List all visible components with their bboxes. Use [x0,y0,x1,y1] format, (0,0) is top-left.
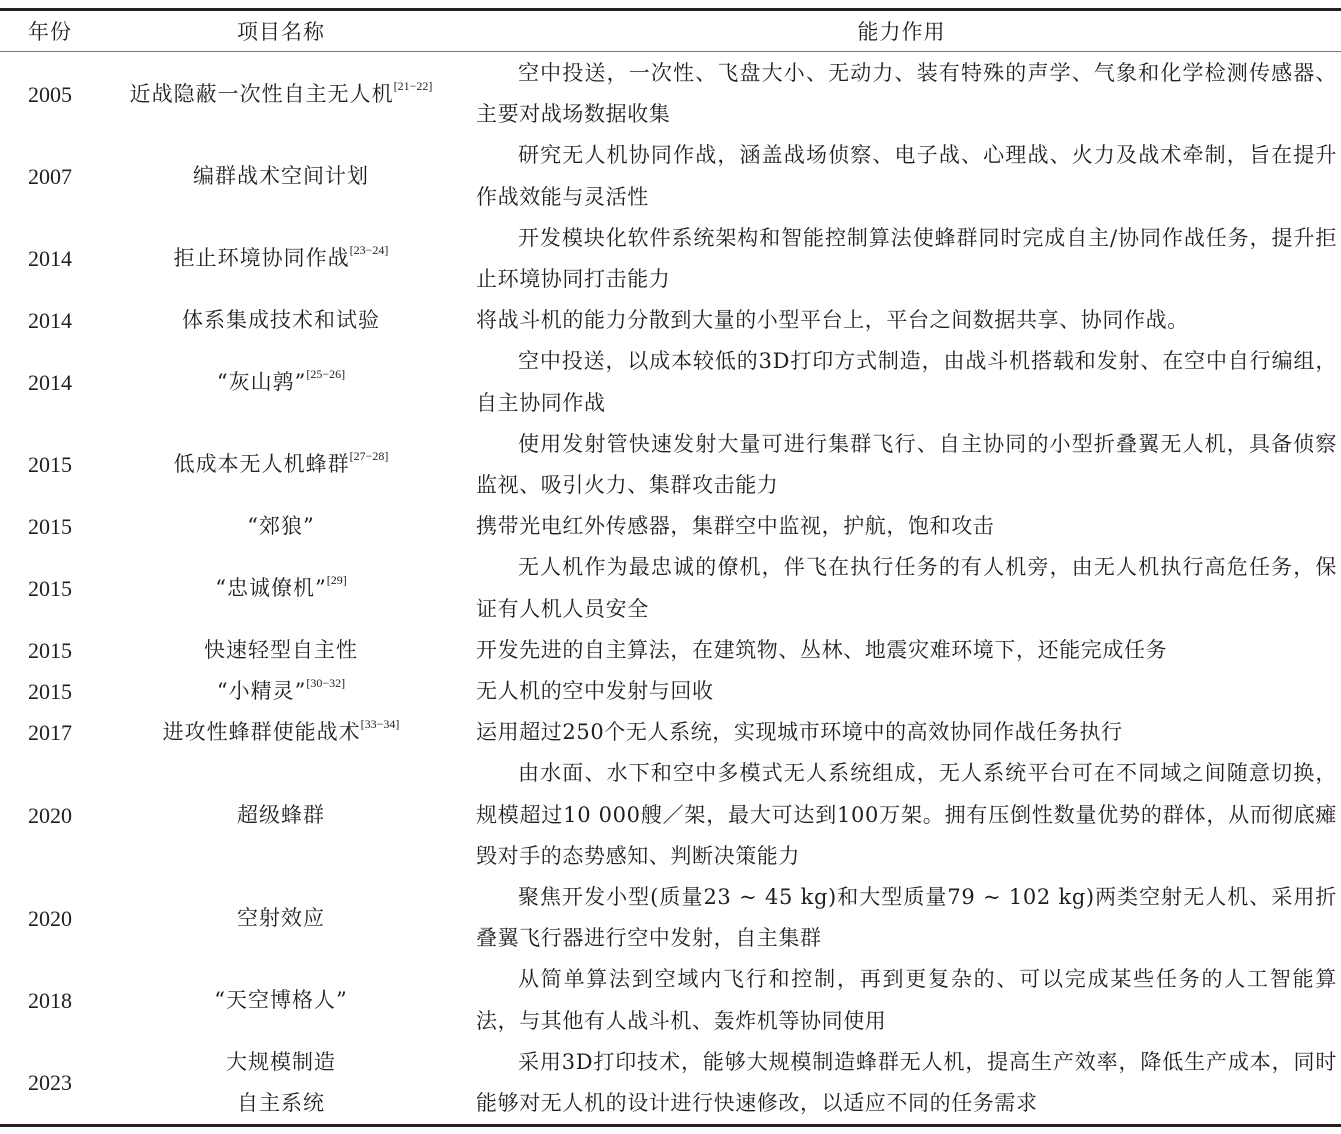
citation-ref: [30−32] [306,676,345,690]
cell-project-name: “郊狼” [100,506,462,547]
project-name: 拒止环境协同作战 [174,246,350,270]
cell-project-name: 进攻性蜂群使能战术[33−34] [100,712,462,753]
function-text: 聚焦开发小型(质量23 ~ 45 kg)和大型质量79 ~ 102 kg)两类空… [476,877,1337,959]
cell-function: 无人机的空中发射与回收 [462,671,1341,712]
function-text: 无人机的空中发射与回收 [476,671,1337,712]
table-row: 2023 大规模制造 自主系统 采用3D打印技术，能够大规模制造蜂群无人机，提高… [0,1042,1341,1126]
cell-project-name: “天空博格人” [100,959,462,1041]
citation-ref: [27−28] [350,449,389,463]
citation-ref: [23−24] [350,243,389,257]
table-row: 2015 低成本无人机蜂群[27−28] 使用发射管快速发射大量可进行集群飞行、… [0,424,1341,506]
table-row: 2014 “灰山鹑”[25−26] 空中投送，以成本较低的3D打印方式制造，由战… [0,341,1341,423]
cell-year: 2014 [0,218,100,300]
cell-function: 携带光电红外传感器，集群空中监视，护航，饱和攻击 [462,506,1341,547]
cell-year: 2015 [0,424,100,506]
cell-year: 2020 [0,753,100,877]
table-row: 2020 超级蜂群 由水面、水下和空中多模式无人系统组成，无人系统平台可在不同域… [0,753,1341,877]
cell-project-name: 大规模制造 自主系统 [100,1042,462,1126]
cell-year: 2005 [0,52,100,136]
citation-ref: [21−22] [394,79,433,93]
cell-project-name: 空射效应 [100,877,462,959]
cell-function: 空中投送，以成本较低的3D打印方式制造，由战斗机搭载和发射、在空中自行编组，自主… [462,341,1341,423]
table-row: 2015 快速轻型自主性 开发先进的自主算法，在建筑物、丛林、地震灾难环境下，还… [0,630,1341,671]
cell-function: 开发先进的自主算法，在建筑物、丛林、地震灾难环境下，还能完成任务 [462,630,1341,671]
function-text: 携带光电红外传感器，集群空中监视，护航，饱和攻击 [476,506,1337,547]
header-year: 年份 [0,10,100,52]
function-text: 将战斗机的能力分散到大量的小型平台上，平台之间数据共享、协同作战。 [476,300,1337,341]
cell-project-name: 编群战术空间计划 [100,135,462,217]
function-text: 使用发射管快速发射大量可进行集群飞行、自主协同的小型折叠翼无人机，具备侦察监视、… [476,424,1337,506]
project-name: “郊狼” [247,514,314,538]
cell-year: 2015 [0,506,100,547]
table-row: 2017 进攻性蜂群使能战术[33−34] 运用超过250个无人系统，实现城市环… [0,712,1341,753]
cell-year: 2017 [0,712,100,753]
project-name: “忠诚僚机” [215,576,326,600]
cell-function: 从简单算法到空域内飞行和控制，再到更复杂的、可以完成某些任务的人工智能算法，与其… [462,959,1341,1041]
cell-function: 将战斗机的能力分散到大量的小型平台上，平台之间数据共享、协同作战。 [462,300,1341,341]
table-row: 2015 “忠诚僚机”[29] 无人机作为最忠诚的僚机，伴飞在执行任务的有人机旁… [0,547,1341,629]
project-name: 编群战术空间计划 [193,164,369,188]
cell-function: 由水面、水下和空中多模式无人系统组成，无人系统平台可在不同域之间随意切换，规模超… [462,753,1341,877]
cell-project-name: 低成本无人机蜂群[27−28] [100,424,462,506]
cell-function: 使用发射管快速发射大量可进行集群飞行、自主协同的小型折叠翼无人机，具备侦察监视、… [462,424,1341,506]
project-name: 空射效应 [237,906,325,930]
function-text: 运用超过250个无人系统，实现城市环境中的高效协同作战任务执行 [476,712,1337,753]
table-row: 2007 编群战术空间计划 研究无人机协同作战，涵盖战场侦察、电子战、心理战、火… [0,135,1341,217]
cell-year: 2020 [0,877,100,959]
table-row: 2014 体系集成技术和试验 将战斗机的能力分散到大量的小型平台上，平台之间数据… [0,300,1341,341]
function-text: 开发先进的自主算法，在建筑物、丛林、地震灾难环境下，还能完成任务 [476,630,1337,671]
table-row: 2005 近战隐蔽一次性自主无人机[21−22] 空中投送，一次性、飞盘大小、无… [0,52,1341,136]
project-name: “小精灵” [217,679,306,703]
cell-function: 研究无人机协同作战，涵盖战场侦察、电子战、心理战、火力及战术牵制，旨在提升作战效… [462,135,1341,217]
citation-ref: [25−26] [306,367,345,381]
cell-function: 采用3D打印技术，能够大规模制造蜂群无人机，提高生产效率，降低生产成本，同时能够… [462,1042,1341,1126]
cell-year: 2015 [0,671,100,712]
project-name-line-2: 自主系统 [100,1083,462,1124]
cell-project-name: “忠诚僚机”[29] [100,547,462,629]
function-text: 研究无人机协同作战，涵盖战场侦察、电子战、心理战、火力及战术牵制，旨在提升作战效… [476,135,1337,217]
function-text: 空中投送，以成本较低的3D打印方式制造，由战斗机搭载和发射、在空中自行编组，自主… [476,341,1337,423]
cell-project-name: 快速轻型自主性 [100,630,462,671]
cell-year: 2023 [0,1042,100,1126]
cell-project-name: “灰山鹑”[25−26] [100,341,462,423]
cell-year: 2015 [0,630,100,671]
cell-function: 聚焦开发小型(质量23 ~ 45 kg)和大型质量79 ~ 102 kg)两类空… [462,877,1341,959]
project-name: 低成本无人机蜂群 [174,452,350,476]
table-header: 年份 项目名称 能力作用 [0,10,1341,52]
project-name: 体系集成技术和试验 [182,308,380,332]
project-name: 快速轻型自主性 [204,638,358,662]
citation-ref: [33−34] [361,717,400,731]
project-name: 近战隐蔽一次性自主无人机 [130,82,394,106]
table-row: 2020 空射效应 聚焦开发小型(质量23 ~ 45 kg)和大型质量79 ~ … [0,877,1341,959]
cell-function: 无人机作为最忠诚的僚机，伴飞在执行任务的有人机旁，由无人机执行高危任务，保证有人… [462,547,1341,629]
citation-ref: [29] [327,573,347,587]
header-project-name: 项目名称 [100,10,462,52]
cell-year: 2018 [0,959,100,1041]
function-text: 采用3D打印技术，能够大规模制造蜂群无人机，提高生产效率，降低生产成本，同时能够… [476,1042,1337,1124]
table-row: 2015 “郊狼” 携带光电红外传感器，集群空中监视，护航，饱和攻击 [0,506,1341,547]
table-row: 2015 “小精灵”[30−32] 无人机的空中发射与回收 [0,671,1341,712]
function-text: 空中投送，一次性、飞盘大小、无动力、装有特殊的声学、气象和化学检测传感器、主要对… [476,53,1337,135]
project-name: 进攻性蜂群使能战术 [163,720,361,744]
cell-function: 空中投送，一次性、飞盘大小、无动力、装有特殊的声学、气象和化学检测传感器、主要对… [462,52,1341,136]
function-text: 从简单算法到空域内飞行和控制，再到更复杂的、可以完成某些任务的人工智能算法，与其… [476,959,1337,1041]
project-name: “天空博格人” [214,988,347,1012]
cell-function: 运用超过250个无人系统，实现城市环境中的高效协同作战任务执行 [462,712,1341,753]
cell-year: 2014 [0,300,100,341]
function-text: 开发模块化软件系统架构和智能控制算法使蜂群同时完成自主/协同作战任务，提升拒止环… [476,218,1337,300]
cell-project-name: 体系集成技术和试验 [100,300,462,341]
cell-year: 2014 [0,341,100,423]
cell-project-name: 近战隐蔽一次性自主无人机[21−22] [100,52,462,136]
cell-project-name: “小精灵”[30−32] [100,671,462,712]
drone-swarm-projects-table: 年份 项目名称 能力作用 2005 近战隐蔽一次性自主无人机[21−22] 空中… [0,8,1341,1127]
project-table-container: 年份 项目名称 能力作用 2005 近战隐蔽一次性自主无人机[21−22] 空中… [0,8,1341,1127]
cell-year: 2007 [0,135,100,217]
cell-project-name: 超级蜂群 [100,753,462,877]
cell-function: 开发模块化软件系统架构和智能控制算法使蜂群同时完成自主/协同作战任务，提升拒止环… [462,218,1341,300]
project-name: “灰山鹑” [217,370,306,394]
table-body: 2005 近战隐蔽一次性自主无人机[21−22] 空中投送，一次性、飞盘大小、无… [0,52,1341,1126]
cell-year: 2015 [0,547,100,629]
project-name: 超级蜂群 [237,803,325,827]
table-row: 2014 拒止环境协同作战[23−24] 开发模块化软件系统架构和智能控制算法使… [0,218,1341,300]
cell-project-name: 拒止环境协同作战[23−24] [100,218,462,300]
header-function: 能力作用 [462,10,1341,52]
project-name-line-1: 大规模制造 [100,1042,462,1083]
function-text: 由水面、水下和空中多模式无人系统组成，无人系统平台可在不同域之间随意切换，规模超… [476,753,1337,877]
header-row: 年份 项目名称 能力作用 [0,10,1341,52]
table-row: 2018 “天空博格人” 从简单算法到空域内飞行和控制，再到更复杂的、可以完成某… [0,959,1341,1041]
function-text: 无人机作为最忠诚的僚机，伴飞在执行任务的有人机旁，由无人机执行高危任务，保证有人… [476,547,1337,629]
